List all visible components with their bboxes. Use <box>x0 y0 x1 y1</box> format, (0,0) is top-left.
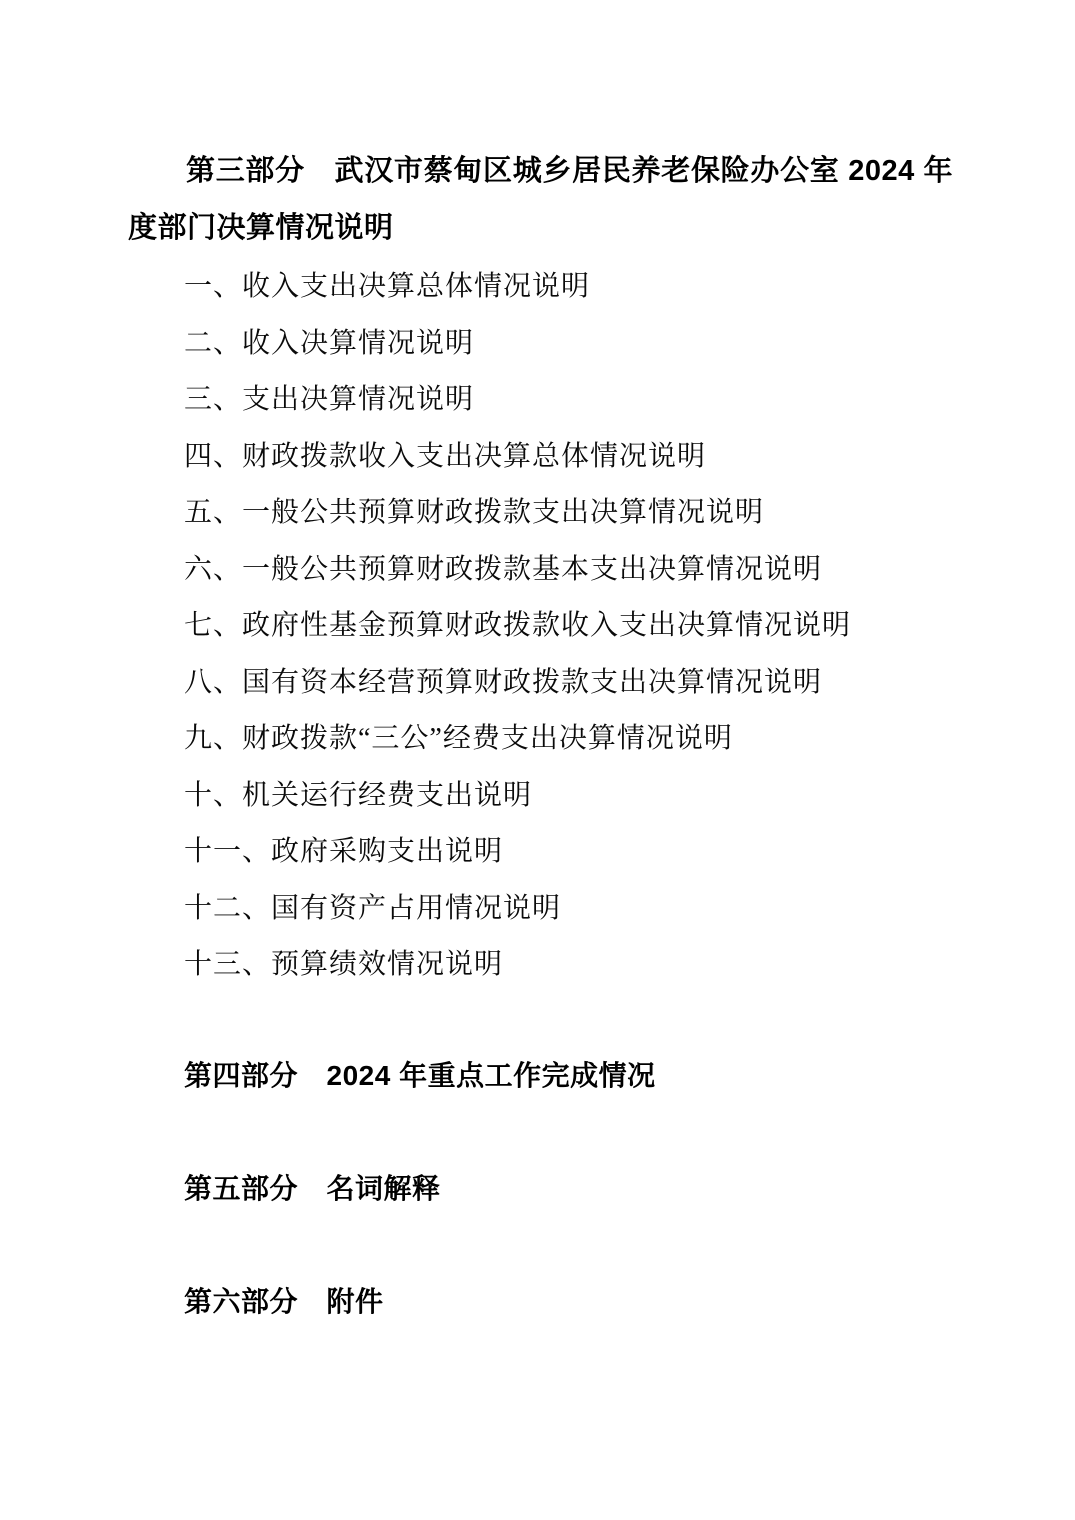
document-page: 第三部分 武汉市蔡甸区城乡居民养老保险办公室 2024 年度部门决算情况说明 一… <box>0 0 1075 1520</box>
toc-item-4: 四、财政拨款收入支出决算总体情况说明 <box>128 429 953 486</box>
toc-item-9: 九、财政拨款“三公”经费支出决算情况说明 <box>128 711 953 768</box>
toc-item-2: 二、收入决算情况说明 <box>128 316 953 373</box>
toc-item-13: 十三、预算绩效情况说明 <box>128 937 953 994</box>
toc-item-11: 十一、政府采购支出说明 <box>128 824 953 881</box>
toc-item-8: 八、国有资本经营预算财政拨款支出决算情况说明 <box>128 655 953 712</box>
toc-item-1: 一、收入支出决算总体情况说明 <box>128 259 953 316</box>
part4-heading: 第四部分 2024 年重点工作完成情况 <box>128 1048 953 1104</box>
toc-item-7: 七、政府性基金预算财政拨款收入支出决算情况说明 <box>128 598 953 655</box>
toc-list: 一、收入支出决算总体情况说明 二、收入决算情况说明 三、支出决算情况说明 四、财… <box>128 259 953 994</box>
toc-item-6: 六、一般公共预算财政拨款基本支出决算情况说明 <box>128 542 953 599</box>
toc-item-3: 三、支出决算情况说明 <box>128 372 953 429</box>
part5-heading: 第五部分 名词解释 <box>128 1161 953 1217</box>
toc-item-12: 十二、国有资产占用情况说明 <box>128 881 953 938</box>
part3-heading: 第三部分 武汉市蔡甸区城乡居民养老保险办公室 2024 年度部门决算情况说明 <box>128 143 953 257</box>
part6-heading: 第六部分 附件 <box>128 1274 953 1330</box>
toc-item-10: 十、机关运行经费支出说明 <box>128 768 953 825</box>
toc-item-5: 五、一般公共预算财政拨款支出决算情况说明 <box>128 485 953 542</box>
